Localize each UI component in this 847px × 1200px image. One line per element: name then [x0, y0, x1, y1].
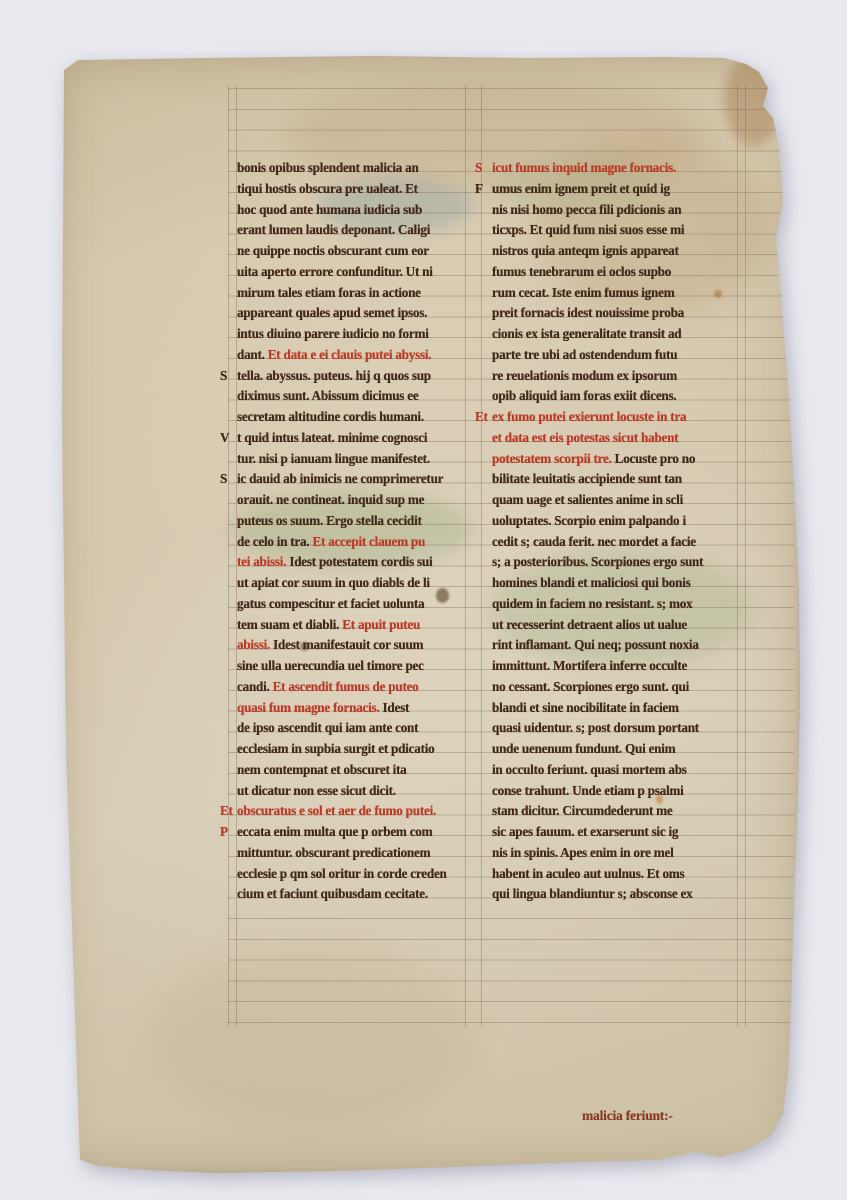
- manuscript-line: immittunt. Mortifera inferre occulte: [492, 656, 687, 677]
- text-run: fumus tenebrarum ei oclos supbo: [492, 264, 671, 279]
- manuscript-line: nis in spinis. Apes enim in ore mel: [492, 843, 674, 864]
- parchment: bonis opibus splendent malicia antiqui h…: [56, 52, 800, 1174]
- manuscript-line: conse trahunt. Unde etiam p psalmi: [492, 781, 684, 802]
- manuscript-line: diximus sunt. Abissum dicimus ee: [237, 386, 418, 407]
- marginal-initial: F: [475, 179, 483, 200]
- text-run: ic dauid ab inimicis ne comprimeretur: [237, 471, 443, 486]
- manuscript-line: ut dicatur non esse sicut dicit.: [237, 781, 396, 802]
- catchword: malicia feriunt:-: [582, 1108, 673, 1124]
- text-run: ut dicatur non esse sicut dicit.: [237, 783, 396, 798]
- text-run: rint inflamant. Qui neq; possunt noxia: [492, 637, 699, 652]
- text-run: uita aperto errore confunditur. Ut ni: [237, 264, 433, 279]
- text-run: s; a posterioribus. Scorpiones ergo sunt: [492, 554, 703, 569]
- text-run: parte tre ubi ad ostendendum futu: [492, 347, 677, 362]
- text-run: ticxps. Et quid fum nisi suos esse mi: [492, 222, 684, 237]
- manuscript-line: hoc quod ante humana iudicia sub: [237, 200, 422, 221]
- text-run: cium et faciunt quibusdam cecitate.: [237, 886, 428, 901]
- text-run: ecclesie p qm sol oritur in corde creden: [237, 866, 447, 881]
- text-run: nem contempnat et obscuret ita: [237, 762, 407, 777]
- manuscript-line: sine ulla uerecundia uel timore pec: [237, 656, 424, 677]
- marginal-initial: S: [220, 469, 227, 490]
- vertical-ruling: [228, 85, 229, 1027]
- text-run: re reuelationis modum ex ipsorum: [492, 368, 677, 383]
- text-run: orauit. ne contineat. inquid sup me: [237, 492, 424, 507]
- text-run: secretam altitudine cordis humani.: [237, 409, 424, 424]
- manuscript-line: ne quippe noctis obscurant cum eor: [237, 241, 429, 262]
- text-run: habent in aculeo aut uulnus. Et oms: [492, 866, 684, 881]
- manuscript-line: secretam altitudine cordis humani.: [237, 407, 424, 428]
- manuscript-line: ticxps. Et quid fum nisi suos esse mi: [492, 220, 684, 241]
- text-run: opib aliquid iam foras exiit dicens.: [492, 388, 676, 403]
- manuscript-line: tei abissi. Idest potestatem cordis sui: [237, 552, 432, 573]
- manuscript-line: Sic dauid ab inimicis ne comprimeretur: [237, 469, 443, 490]
- manuscript-line: Etobscuratus e sol et aer de fumo putei.: [237, 801, 436, 822]
- manuscript-line: homines blandi et maliciosi qui bonis: [492, 573, 691, 594]
- text-run: t quid intus lateat. minime cognosci: [237, 430, 427, 445]
- manuscript-line: puteus os suum. Ergo stella cecidit: [237, 511, 422, 532]
- text-run: tei abissi.: [237, 554, 289, 569]
- text-run: tem suam et diabli.: [237, 617, 342, 632]
- text-run: erant lumen laudis deponant. Caligi: [237, 222, 430, 237]
- manuscript-line: uoluptates. Scorpio enim palpando i: [492, 511, 686, 532]
- manuscript-line: candi. Et ascendit fumus de puteo: [237, 677, 419, 698]
- text-run: ut recesserint detraent alios ut ualue: [492, 617, 687, 632]
- text-run: candi.: [237, 679, 273, 694]
- manuscript-line: nis nisi homo pecca fili pdicionis an: [492, 200, 681, 221]
- text-run: ut apiat cor suum in quo diabls de li: [237, 575, 430, 590]
- text-run: eccata enim multa que p orbem com: [237, 824, 432, 839]
- manuscript-line: tiqui hostis obscura pre ualeat. Et: [237, 179, 418, 200]
- manuscript-line: unde uenenum fundunt. Qui enim: [492, 739, 675, 760]
- ink-spot: [714, 290, 722, 298]
- manuscript-line: de celo in tra. Et accepit clauem pu: [237, 532, 425, 553]
- text-run: puteus os suum. Ergo stella cecidit: [237, 513, 422, 528]
- text-run: cionis ex ista generalitate transit ad: [492, 326, 681, 341]
- text-run: ex fumo putei exierunt locuste in tra: [492, 409, 686, 424]
- manuscript-line: Etex fumo putei exierunt locuste in tra: [492, 407, 686, 428]
- text-run: sine ulla uerecundia uel timore pec: [237, 658, 424, 673]
- manuscript-line: et data est eis potestas sicut habent: [492, 428, 678, 449]
- manuscript-line: quasi uidentur. s; post dorsum portant: [492, 718, 699, 739]
- manuscript-line: rum cecat. Iste enim fumus ignem: [492, 283, 674, 304]
- manuscript-line: nem contempnat et obscuret ita: [237, 760, 407, 781]
- manuscript-line: tur. nisi p ianuam lingue manifestet.: [237, 449, 430, 470]
- manuscript-line: stam dicitur. Circumdederunt me: [492, 801, 673, 822]
- text-run: quidem in faciem no resistant. s; mox: [492, 596, 692, 611]
- text-run: in occulto feriunt. quasi mortem abs: [492, 762, 687, 777]
- text-run: de celo in tra.: [237, 534, 312, 549]
- text-run: tur. nisi p ianuam lingue manifestet.: [237, 451, 430, 466]
- vertical-ruling: [737, 85, 738, 1027]
- manuscript-line: erant lumen laudis deponant. Caligi: [237, 220, 430, 241]
- text-run: gatus compescitur et faciet uolunta: [237, 596, 424, 611]
- manuscript-line: Peccata enim multa que p orbem com: [237, 822, 432, 843]
- manuscript-line: Vt quid intus lateat. minime cognosci: [237, 428, 427, 449]
- manuscript-line: qui lingua blandiuntur s; absconse ex: [492, 884, 692, 905]
- text-run: nis in spinis. Apes enim in ore mel: [492, 845, 674, 860]
- marginal-initial: P: [220, 822, 228, 843]
- manuscript-line: ecclesie p qm sol oritur in corde creden: [237, 864, 447, 885]
- manuscript-line: habent in aculeo aut uulnus. Et oms: [492, 864, 684, 885]
- text-run: et data est eis potestas sicut habent: [492, 430, 678, 445]
- manuscript-line: in occulto feriunt. quasi mortem abs: [492, 760, 687, 781]
- text-run: diximus sunt. Abissum dicimus ee: [237, 388, 418, 403]
- manuscript-line: tem suam et diabli. Et apuit puteu: [237, 615, 420, 636]
- manuscript-line: nistros quia anteqm ignis appareat: [492, 241, 679, 262]
- text-run: immittunt. Mortifera inferre occulte: [492, 658, 687, 673]
- manuscript-line: fumus tenebrarum ei oclos supbo: [492, 262, 671, 283]
- manuscript-line: appareant quales apud semet ipsos.: [237, 303, 427, 324]
- text-run: no cessant. Scorpiones ergo sunt. qui: [492, 679, 689, 694]
- text-run: bonis opibus splendent malicia an: [237, 160, 419, 175]
- manuscript-line: quam uage et salientes anime in scli: [492, 490, 683, 511]
- manuscript-line: opib aliquid iam foras exiit dicens.: [492, 386, 676, 407]
- manuscript-line: cium et faciunt quibusdam cecitate.: [237, 884, 428, 905]
- text-run: stam dicitur. Circumdederunt me: [492, 803, 673, 818]
- marginal-initial: Et: [475, 407, 488, 428]
- stain: [151, 947, 471, 1132]
- ink-spot: [436, 588, 449, 603]
- manuscript-line: cedit s; cauda ferit. nec mordet a facie: [492, 532, 696, 553]
- manuscript-line: Sicut fumus inquid magne fornacis.: [492, 158, 676, 179]
- text-run: mittuntur. obscurant predicationem: [237, 845, 430, 860]
- manuscript-line: Stella. abyssus. puteus. hij q quos sup: [237, 366, 431, 387]
- text-run: rum cecat. Iste enim fumus ignem: [492, 285, 674, 300]
- text-run: conse trahunt. Unde etiam p psalmi: [492, 783, 684, 798]
- manuscript-line: blandi et sine nocibilitate in faciem: [492, 698, 679, 719]
- damaged-corner: [724, 54, 782, 146]
- marginal-initial: V: [220, 428, 229, 449]
- vertical-ruling: [465, 85, 466, 1027]
- marginal-initial: S: [220, 366, 227, 387]
- manuscript-line: quidem in faciem no resistant. s; mox: [492, 594, 692, 615]
- text-run: qui lingua blandiuntur s; absconse ex: [492, 886, 692, 901]
- text-run: uoluptates. Scorpio enim palpando i: [492, 513, 686, 528]
- text-run: sic apes fauum. et exarserunt sic ig: [492, 824, 678, 839]
- text-run: ne quippe noctis obscurant cum eor: [237, 243, 429, 258]
- manuscript-line: mirum tales etiam foras in actione: [237, 283, 421, 304]
- text-run: quam uage et salientes anime in scli: [492, 492, 683, 507]
- manuscript-line: parte tre ubi ad ostendendum futu: [492, 345, 677, 366]
- text-run: appareant quales apud semet ipsos.: [237, 305, 427, 320]
- text-run: potestatem scorpii tre.: [492, 451, 615, 466]
- text-run: icut fumus inquid magne fornacis.: [492, 160, 676, 175]
- text-run: umus enim ignem preit et quid ig: [492, 181, 670, 196]
- text-run: Et accepit clauem pu: [312, 534, 425, 549]
- manuscript-line: bonis opibus splendent malicia an: [237, 158, 419, 179]
- manuscript-line: ut recesserint detraent alios ut ualue: [492, 615, 687, 636]
- text-run: quasi uidentur. s; post dorsum portant: [492, 720, 699, 735]
- text-run: mirum tales etiam foras in actione: [237, 285, 421, 300]
- text-run: obscuratus e sol et aer de fumo putei.: [237, 803, 436, 818]
- manuscript-line: dant. Et data e ei clauis putei abyssi.: [237, 345, 431, 366]
- manuscript-line: cionis ex ista generalitate transit ad: [492, 324, 681, 345]
- manuscript-line: s; a posterioribus. Scorpiones ergo sunt: [492, 552, 703, 573]
- text-run: homines blandi et maliciosi qui bonis: [492, 575, 691, 590]
- text-run: quasi fum magne fornacis.: [237, 700, 383, 715]
- manuscript-line: no cessant. Scorpiones ergo sunt. qui: [492, 677, 689, 698]
- marginal-initial: S: [475, 158, 482, 179]
- manuscript-line: potestatem scorpii tre. Locuste pro no: [492, 449, 695, 470]
- text-run: abissi.: [237, 637, 273, 652]
- manuscript-line: de ipso ascendit qui iam ante cont: [237, 718, 418, 739]
- manuscript-line: Fumus enim ignem preit et quid ig: [492, 179, 670, 200]
- text-run: de ipso ascendit qui iam ante cont: [237, 720, 418, 735]
- text-run: tiqui hostis obscura pre ualeat. Et: [237, 181, 418, 196]
- text-run: Et data e ei clauis putei abyssi.: [268, 347, 432, 362]
- manuscript-leaf: bonis opibus splendent malicia antiqui h…: [56, 52, 800, 1174]
- text-run: blandi et sine nocibilitate in faciem: [492, 700, 679, 715]
- vertical-ruling: [745, 85, 746, 1027]
- text-run: hoc quod ante humana iudicia sub: [237, 202, 422, 217]
- manuscript-line: ut apiat cor suum in quo diabls de li: [237, 573, 430, 594]
- text-run: preit fornacis idest nouissime proba: [492, 305, 684, 320]
- text-run: cedit s; cauda ferit. nec mordet a facie: [492, 534, 696, 549]
- text-run: Idest potestatem cordis sui: [289, 554, 432, 569]
- manuscript-line: quasi fum magne fornacis. Idest: [237, 698, 409, 719]
- text-run: nis nisi homo pecca fili pdicionis an: [492, 202, 681, 217]
- text-run: bilitate leuitatis accipiende sunt tan: [492, 471, 682, 486]
- manuscript-line: uita aperto errore confunditur. Ut ni: [237, 262, 433, 283]
- text-run: Locuste pro no: [615, 451, 696, 466]
- vertical-ruling: [481, 85, 482, 1027]
- manuscript-line: intus diuino parere iudicio no formi: [237, 324, 429, 345]
- manuscript-line: re reuelationis modum ex ipsorum: [492, 366, 677, 387]
- text-run: Et apuit puteu: [342, 617, 420, 632]
- text-run: Et ascendit fumus de puteo: [273, 679, 419, 694]
- manuscript-line: gatus compescitur et faciet uolunta: [237, 594, 424, 615]
- text-run: intus diuino parere iudicio no formi: [237, 326, 429, 341]
- text-run: nistros quia anteqm ignis appareat: [492, 243, 679, 258]
- text-run: tella. abyssus. puteus. hij q quos sup: [237, 368, 431, 383]
- marginal-initial: Et: [220, 801, 233, 822]
- text-run: unde uenenum fundunt. Qui enim: [492, 741, 675, 756]
- manuscript-line: ecclesiam in supbia surgit et pdicatio: [237, 739, 434, 760]
- manuscript-line: bilitate leuitatis accipiende sunt tan: [492, 469, 682, 490]
- manuscript-line: preit fornacis idest nouissime proba: [492, 303, 684, 324]
- text-run: Idest: [383, 700, 410, 715]
- text-run: dant.: [237, 347, 268, 362]
- manuscript-line: rint inflamant. Qui neq; possunt noxia: [492, 635, 699, 656]
- manuscript-line: orauit. ne contineat. inquid sup me: [237, 490, 424, 511]
- manuscript-line: sic apes fauum. et exarserunt sic ig: [492, 822, 678, 843]
- text-run: Idest manifestauit cor suum: [273, 637, 423, 652]
- manuscript-line: mittuntur. obscurant predicationem: [237, 843, 430, 864]
- text-run: ecclesiam in supbia surgit et pdicatio: [237, 741, 434, 756]
- manuscript-line: abissi. Idest manifestauit cor suum: [237, 635, 423, 656]
